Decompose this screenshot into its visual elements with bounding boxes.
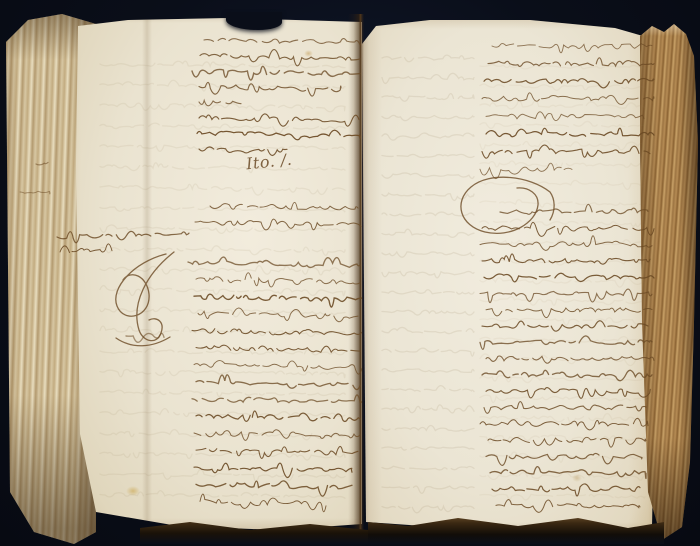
paper-stain — [304, 50, 313, 57]
paper-stain — [126, 486, 140, 496]
manuscript-photo: Ito. /. — [0, 0, 700, 546]
paper-stain — [572, 474, 582, 482]
paper-stains — [0, 0, 700, 546]
